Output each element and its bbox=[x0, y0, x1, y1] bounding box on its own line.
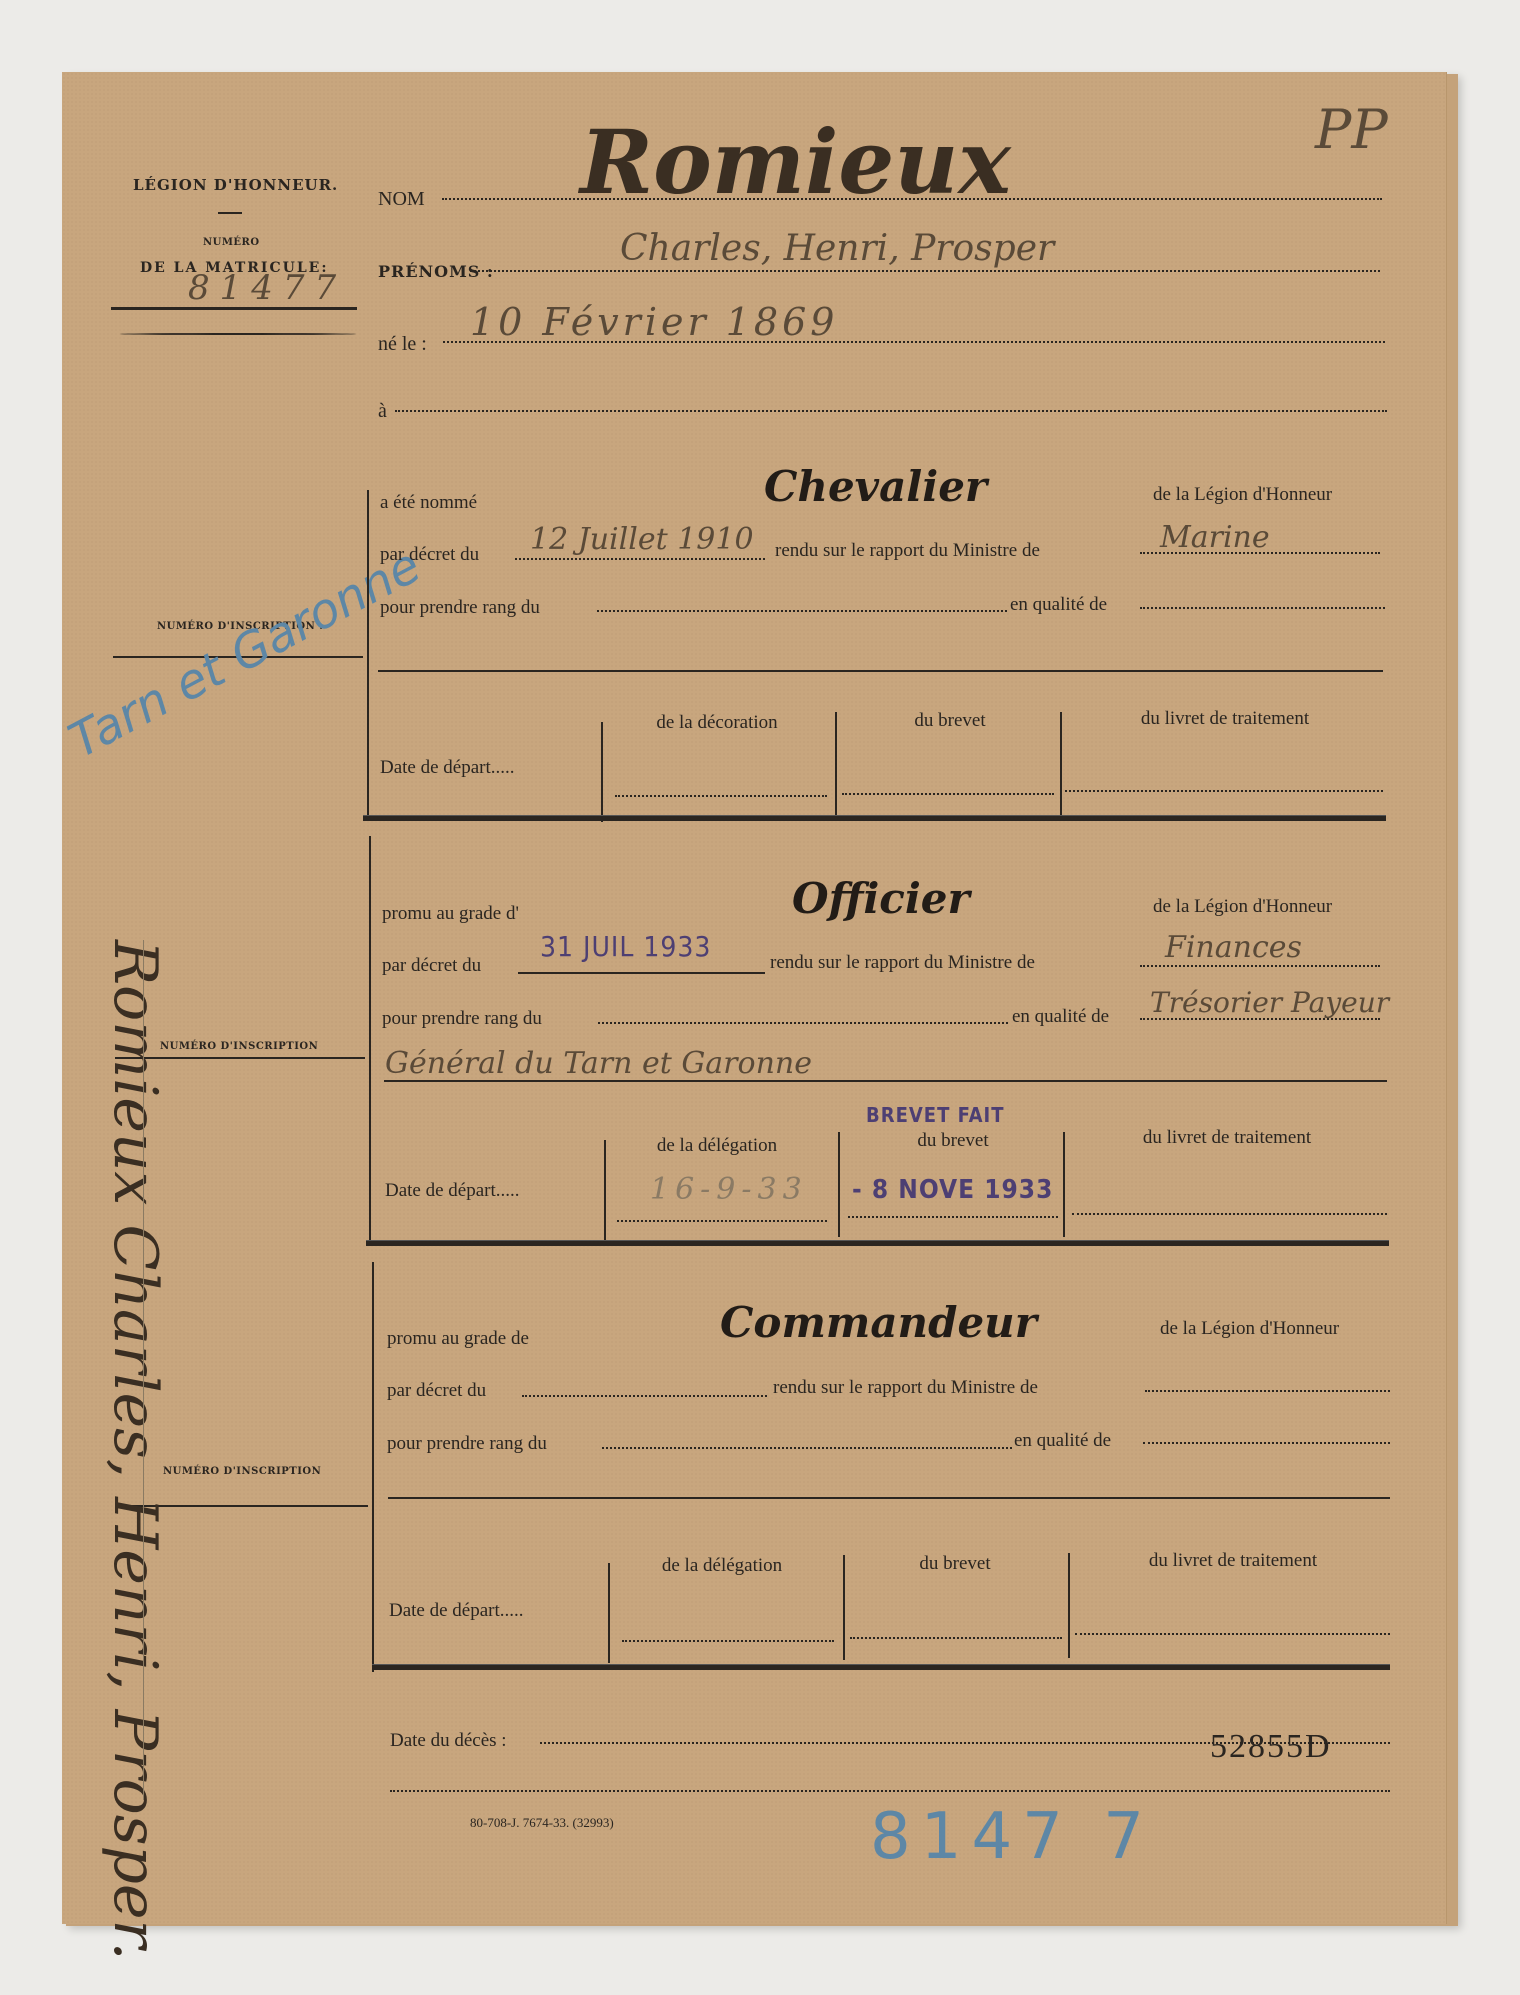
dossier-number: 52855D bbox=[1210, 1728, 1332, 1766]
chevalier-extra-line bbox=[378, 670, 1383, 672]
vertical-name: Romieux Charles, Henri, Prosper. bbox=[100, 940, 170, 1961]
chevalier-col-divider-2 bbox=[1060, 712, 1062, 817]
chevalier-intro: a été nommé bbox=[380, 492, 477, 514]
officier-col-delegation: de la délégation bbox=[612, 1135, 822, 1157]
officier-depart-label: Date de départ..... bbox=[385, 1180, 520, 1202]
commandeur-section-rule bbox=[372, 1664, 1390, 1670]
chevalier-depart-brace bbox=[601, 722, 603, 822]
officier-col-divider-1 bbox=[838, 1132, 840, 1237]
commandeur-col-brevet: du brevet bbox=[850, 1553, 1060, 1575]
commandeur-col-divider-1 bbox=[843, 1555, 845, 1660]
commandeur-col2-line bbox=[850, 1637, 1062, 1639]
matricule-label-1: NUMÉRO bbox=[203, 237, 260, 248]
officier-intro: promu au grade d' bbox=[382, 903, 519, 925]
chevalier-col1-line bbox=[615, 795, 827, 797]
officier-qualite-value[interactable]: Trésorier Payeur bbox=[1150, 986, 1389, 1019]
officier-qualite-label: en qualité de bbox=[1012, 1006, 1109, 1028]
ne-le-value[interactable]: 10 Février 1869 bbox=[470, 300, 838, 344]
officier-ministre-line bbox=[1140, 965, 1380, 967]
officier-rapport-label: rendu sur le rapport du Ministre de bbox=[770, 952, 1035, 974]
officier-ministre-value[interactable]: Finances bbox=[1165, 930, 1302, 965]
officier-col-brevet: du brevet bbox=[848, 1130, 1058, 1152]
chevalier-section-rule bbox=[363, 815, 1386, 821]
blue-number: 8147 7 bbox=[870, 1800, 1154, 1874]
a-line bbox=[395, 410, 1387, 412]
officier-col1-line bbox=[617, 1220, 827, 1222]
officier-col2-line bbox=[848, 1216, 1058, 1218]
chevalier-depart-label: Date de départ..... bbox=[380, 757, 515, 779]
a-label: à bbox=[378, 400, 387, 423]
chevalier-col-livret: du livret de traitement bbox=[1070, 708, 1380, 730]
officier-delegation-value[interactable]: 16-9-33 bbox=[650, 1172, 808, 1207]
chevalier-rang-label: pour prendre rang du bbox=[380, 597, 540, 619]
corner-initials: PP bbox=[1315, 98, 1388, 161]
officier-suffix: de la Légion d'Honneur bbox=[1153, 896, 1332, 918]
officier-decret-stamp[interactable]: 31 JUIL 1933 bbox=[540, 930, 711, 963]
ne-le-label: né le : bbox=[378, 333, 427, 356]
chevalier-qualite-line bbox=[1140, 607, 1385, 609]
deces-label: Date du décès : bbox=[390, 1730, 507, 1752]
org-title: LÉGION D'HONNEUR. bbox=[133, 176, 338, 194]
commandeur-depart-label: Date de départ..... bbox=[389, 1600, 524, 1622]
officier-extra-line bbox=[384, 1080, 1387, 1082]
footer-rule bbox=[390, 1790, 1390, 1792]
chevalier-decret-line bbox=[515, 558, 765, 560]
commandeur-col-delegation: de la délégation bbox=[617, 1555, 827, 1577]
officier-depart-brace bbox=[604, 1140, 606, 1240]
chevalier-ministre-value[interactable]: Marine bbox=[1160, 520, 1270, 555]
officier-brevet-stamp[interactable]: - 8 NOVE 1933 bbox=[852, 1175, 1053, 1205]
officier-decret-label: par décret du bbox=[382, 955, 481, 977]
chevalier-col3-line bbox=[1065, 790, 1383, 792]
commandeur-rapport-label: rendu sur le rapport du Ministre de bbox=[773, 1377, 1038, 1399]
title-rule bbox=[218, 212, 242, 214]
commandeur-intro: promu au grade de bbox=[387, 1328, 529, 1350]
chevalier-suffix: de la Légion d'Honneur bbox=[1153, 484, 1332, 506]
inscription-label-2: NUMÉRO D'INSCRIPTION bbox=[160, 1041, 318, 1052]
chevalier-decret-label: par décret du bbox=[380, 544, 479, 566]
commandeur-qualite-line bbox=[1143, 1442, 1390, 1444]
chevalier-col-divider-1 bbox=[835, 712, 837, 817]
nom-value[interactable]: Romieux bbox=[580, 110, 1011, 214]
chevalier-rapport-label: rendu sur le rapport du Ministre de bbox=[775, 540, 1040, 562]
chevalier-grade: Chevalier bbox=[764, 462, 987, 511]
commandeur-col-livret: du livret de traitement bbox=[1078, 1550, 1388, 1572]
ornament-rule bbox=[120, 333, 356, 335]
commandeur-ministre-line bbox=[1145, 1390, 1390, 1392]
bracket-officier bbox=[369, 836, 371, 1246]
bracket-commandeur bbox=[372, 1262, 374, 1672]
nom-label: NOM bbox=[378, 188, 425, 211]
commandeur-col1-line bbox=[622, 1640, 834, 1642]
officier-rang-line bbox=[598, 1022, 1008, 1024]
commandeur-rang-line bbox=[602, 1447, 1012, 1449]
bracket-chevalier bbox=[367, 490, 369, 820]
vertical-guide-line bbox=[143, 940, 144, 1800]
commandeur-col-divider-2 bbox=[1068, 1553, 1070, 1658]
commandeur-extra-line bbox=[388, 1497, 1390, 1499]
chevalier-col2-line bbox=[842, 793, 1054, 795]
commandeur-rang-label: pour prendre rang du bbox=[387, 1433, 547, 1455]
chevalier-col-brevet: du brevet bbox=[845, 710, 1055, 732]
officier-decret-line bbox=[518, 972, 765, 974]
matricule-value: 81477 bbox=[188, 268, 346, 308]
commandeur-decret-line bbox=[522, 1395, 767, 1397]
officier-col-divider-2 bbox=[1063, 1132, 1065, 1237]
matricule-rule bbox=[111, 307, 357, 310]
commandeur-decret-label: par décret du bbox=[387, 1380, 486, 1402]
commandeur-col3-line bbox=[1075, 1633, 1390, 1635]
commandeur-depart-brace bbox=[608, 1563, 610, 1663]
chevalier-rang-line bbox=[597, 610, 1007, 612]
commandeur-qualite-label: en qualité de bbox=[1014, 1430, 1111, 1452]
prenoms-line bbox=[470, 270, 1380, 272]
commandeur-grade: Commandeur bbox=[720, 1298, 1037, 1347]
officier-grade: Officier bbox=[792, 874, 970, 923]
brevet-fait-stamp: BREVET FAIT bbox=[866, 1103, 1005, 1127]
officier-col3-line bbox=[1072, 1213, 1387, 1215]
officier-rang-label: pour prendre rang du bbox=[382, 1008, 542, 1030]
officier-col-livret: du livret de traitement bbox=[1072, 1127, 1382, 1149]
print-reference: 80-708-J. 7674-33. (32993) bbox=[470, 1815, 614, 1831]
inscription-label-3: NUMÉRO D'INSCRIPTION bbox=[163, 1466, 321, 1477]
commandeur-suffix: de la Légion d'Honneur bbox=[1160, 1318, 1339, 1340]
prenoms-value[interactable]: Charles, Henri, Prosper bbox=[620, 228, 1054, 269]
chevalier-decret-value[interactable]: 12 Juillet 1910 bbox=[530, 522, 754, 557]
chevalier-col-decoration: de la décoration bbox=[612, 712, 822, 734]
chevalier-qualite-label: en qualité de bbox=[1010, 594, 1107, 616]
officier-section-rule bbox=[366, 1240, 1389, 1246]
officier-extra-value[interactable]: Général du Tarn et Garonne bbox=[385, 1046, 812, 1081]
